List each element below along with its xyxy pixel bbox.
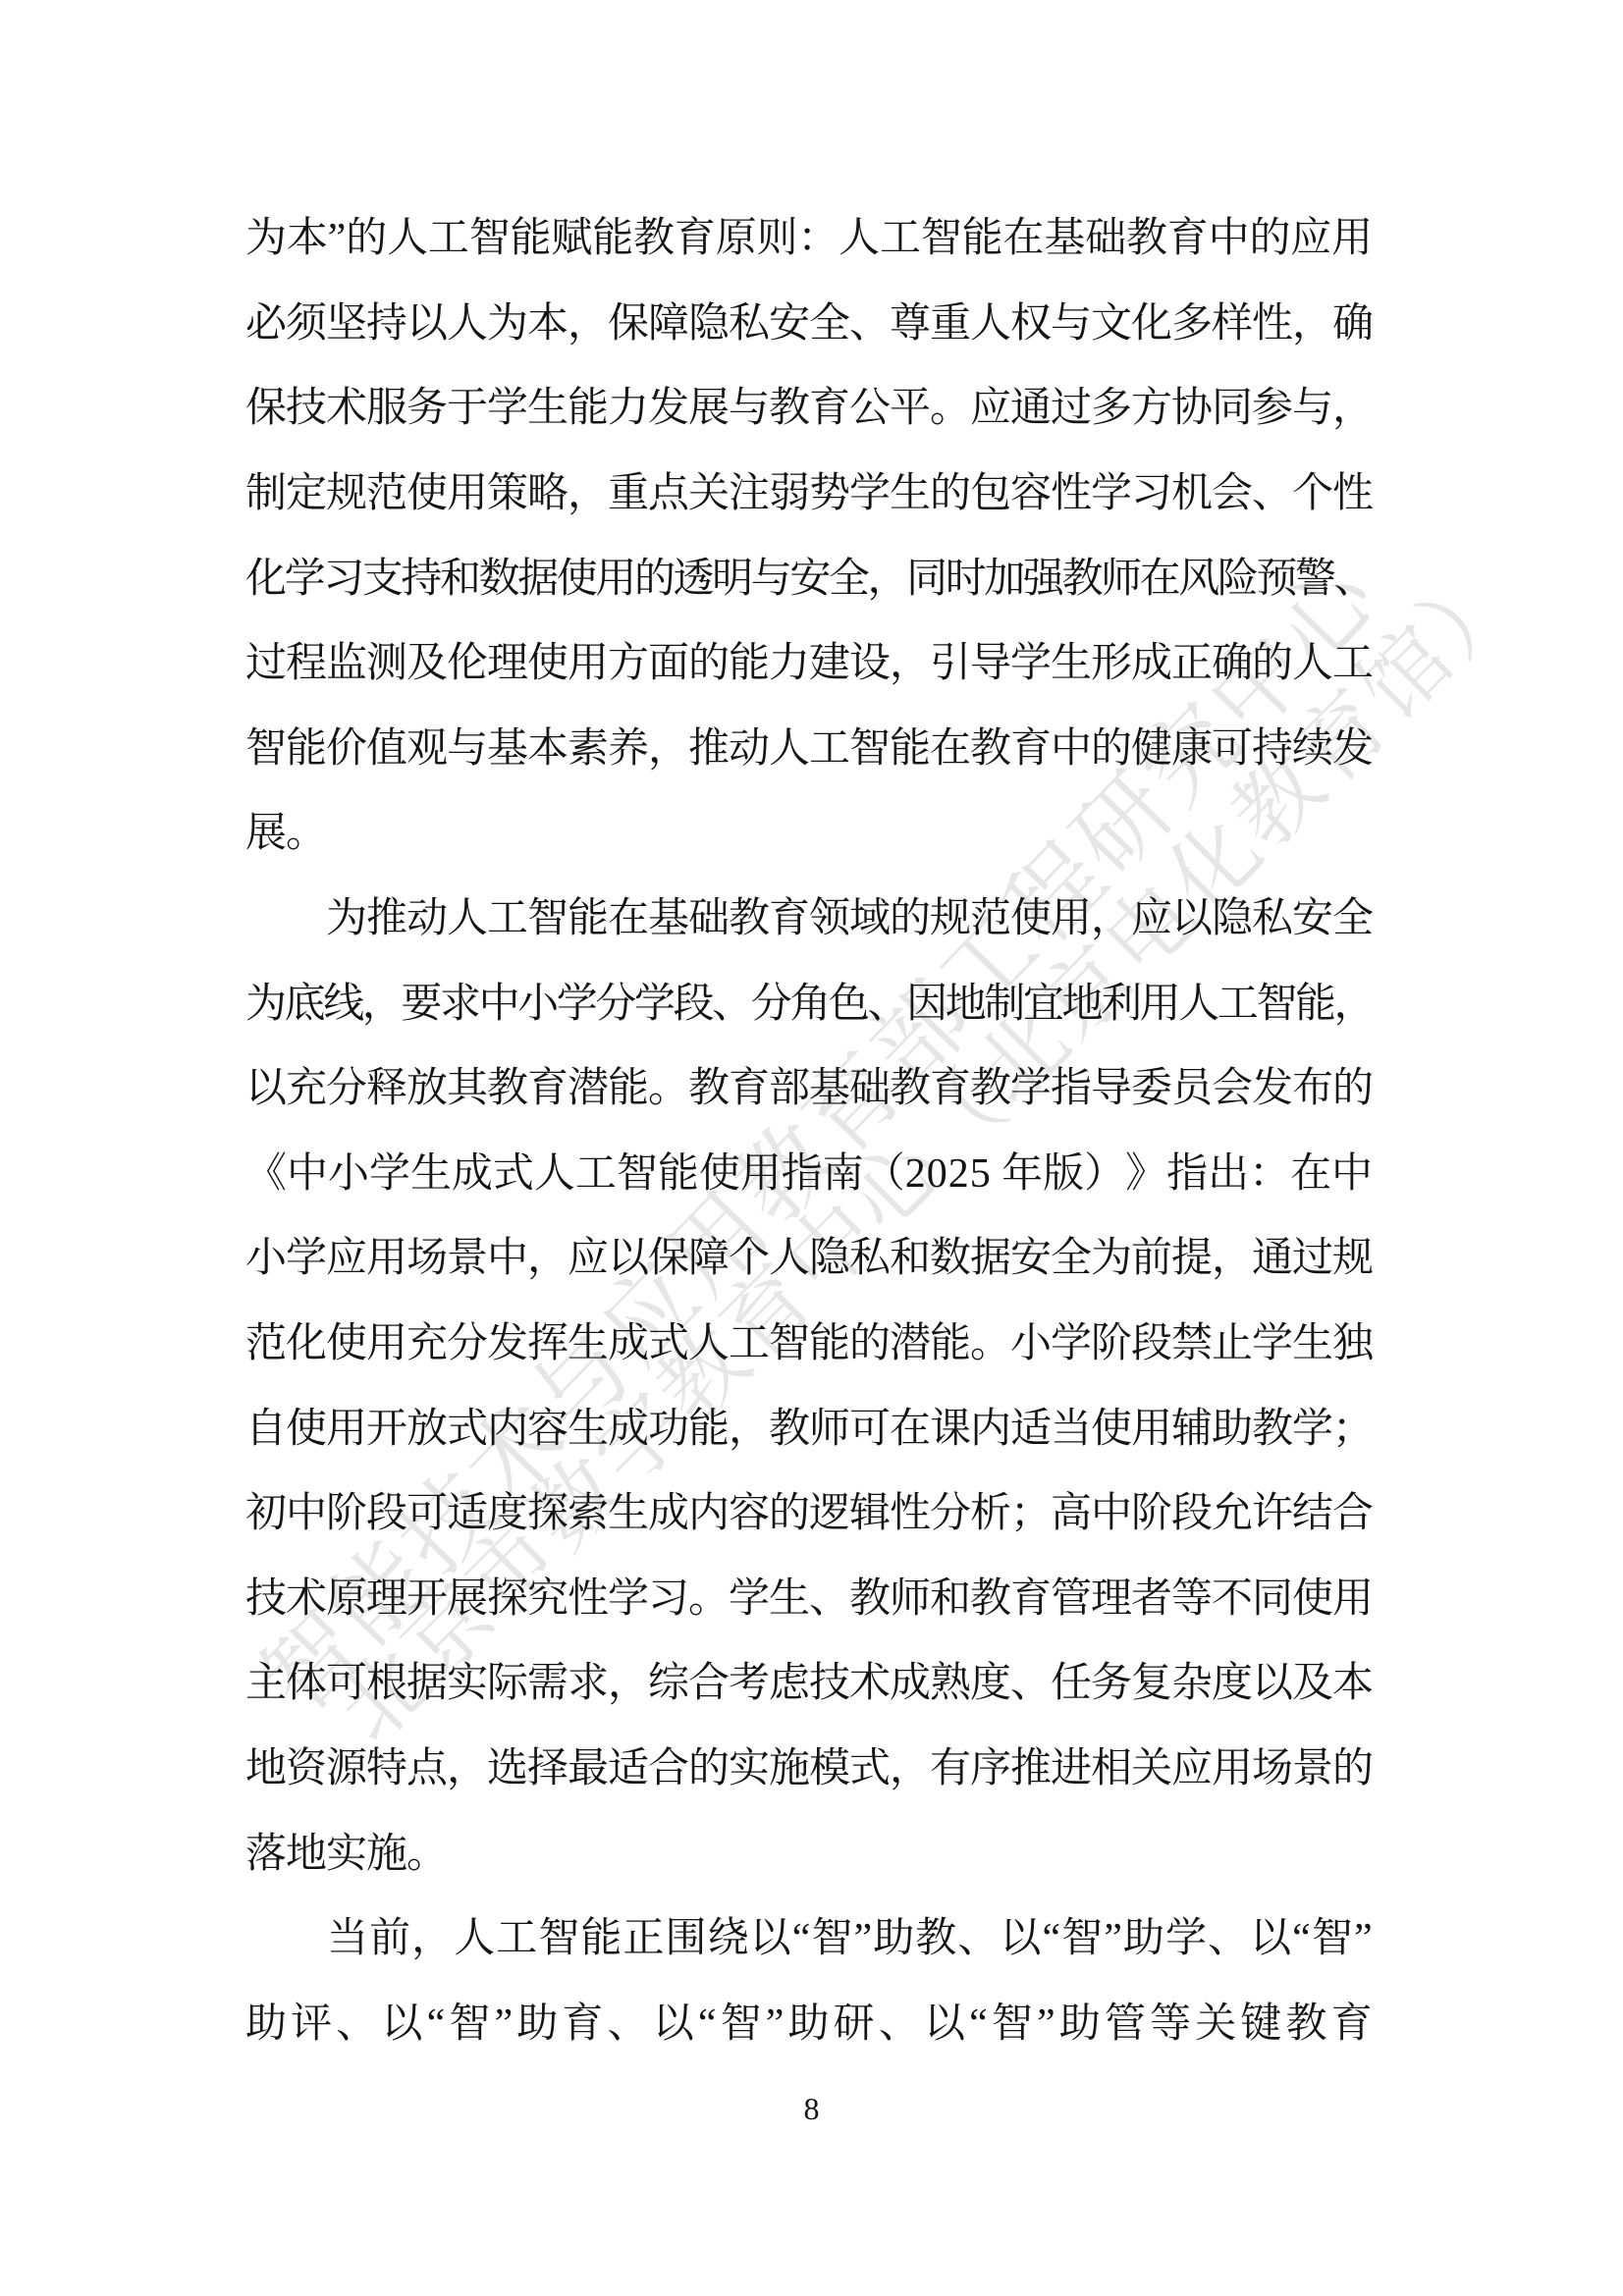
- glyph: 性: [1252, 303, 1292, 345]
- glyph: 成: [890, 1663, 930, 1704]
- glyph: 度: [487, 1493, 527, 1534]
- glyph: 助: [516, 2003, 558, 2045]
- glyph: 障: [688, 1238, 729, 1279]
- glyph: 需: [527, 1663, 568, 1704]
- glyph: 式: [493, 1153, 534, 1195]
- glyph: 成: [608, 1409, 648, 1450]
- glyph: 育: [1010, 728, 1051, 770]
- glyph: 时: [946, 559, 985, 600]
- glyph: 导: [970, 643, 1010, 684]
- glyph: ，: [890, 643, 930, 684]
- glyph: 生: [410, 1153, 452, 1195]
- glyph: 逻: [809, 1493, 849, 1534]
- glyph: 同: [1212, 388, 1252, 429]
- glyph: 务: [406, 388, 447, 429]
- glyph: 用: [1051, 898, 1091, 939]
- glyph: 测: [366, 643, 406, 684]
- glyph: 方: [1131, 388, 1171, 429]
- glyph: 度: [1212, 1663, 1252, 1704]
- glyph: 。: [648, 1068, 688, 1109]
- text-line: 地资源特点，选择最适合的实施模式，有序推进相关应用场景的: [245, 1727, 1373, 1812]
- text-line: 为本”的人工智能赋能教育原则：人工智能在基础教育中的应用: [245, 196, 1373, 282]
- glyph: 育: [1010, 1578, 1051, 1620]
- glyph: 。: [688, 1578, 729, 1620]
- glyph: 素: [568, 728, 608, 770]
- glyph: 中: [287, 1153, 328, 1195]
- glyph: 挥: [527, 1323, 568, 1364]
- glyph: 教: [1061, 559, 1101, 600]
- glyph: 等: [1150, 2003, 1191, 2045]
- glyph: 助: [788, 2003, 830, 2045]
- glyph: 过: [245, 643, 286, 684]
- glyph: 学: [1165, 1918, 1207, 1959]
- glyph: 与: [1292, 388, 1332, 429]
- glyph: 际: [487, 1663, 527, 1704]
- glyph: 用: [1212, 1748, 1252, 1789]
- glyph: 容: [527, 1409, 568, 1450]
- glyph: 智: [469, 218, 511, 259]
- glyph: 正: [1171, 643, 1212, 684]
- glyph: 能: [729, 643, 769, 684]
- glyph: 形: [1091, 643, 1131, 684]
- glyph: 用: [1131, 1409, 1171, 1450]
- glyph: 式: [447, 1409, 487, 1450]
- glyph: 在: [1140, 559, 1179, 600]
- glyph: 的: [930, 473, 970, 514]
- glyph: 求: [568, 1663, 608, 1704]
- glyph: 智: [527, 898, 568, 939]
- glyph: 伦: [447, 643, 487, 684]
- glyph: 的: [688, 643, 729, 684]
- glyph: 定: [286, 473, 326, 514]
- glyph: 教: [769, 1409, 809, 1450]
- glyph: 助: [245, 2003, 287, 2045]
- glyph: 以: [653, 2003, 694, 2045]
- glyph: 注: [729, 473, 769, 514]
- glyph: 理: [487, 643, 527, 684]
- glyph: 以: [406, 303, 447, 345]
- glyph: 使: [1292, 1578, 1332, 1620]
- glyph: 教: [970, 1068, 1010, 1109]
- glyph: 教: [1126, 218, 1167, 259]
- glyph: 技: [245, 1578, 286, 1620]
- glyph: 明: [712, 559, 751, 600]
- glyph: 习: [323, 559, 362, 600]
- glyph: 安: [769, 303, 809, 345]
- glyph: 学: [1051, 1323, 1091, 1364]
- glyph: 小: [1010, 1323, 1051, 1364]
- glyph: 度: [970, 1663, 1010, 1704]
- glyph: “: [792, 1918, 811, 1959]
- glyph: 智: [1312, 1918, 1353, 1959]
- glyph: 发: [487, 1323, 527, 1364]
- glyph: 辅: [1171, 1409, 1212, 1450]
- glyph: 及: [1292, 1663, 1332, 1704]
- glyph: 智: [538, 1918, 579, 1959]
- glyph: [992, 1153, 1001, 1195]
- glyph: 的: [1249, 218, 1290, 259]
- glyph: 学: [608, 1578, 648, 1620]
- glyph: 提: [1171, 1238, 1212, 1279]
- glyph: ，: [527, 1238, 568, 1279]
- glyph: 自: [245, 1409, 286, 1450]
- glyph: 生: [608, 1493, 648, 1534]
- glyph: 的: [1252, 643, 1292, 684]
- text-line: 主体可根据实际需求，综合考虑技术成熟度、任务复杂度以及本: [245, 1641, 1373, 1727]
- glyph: 制: [245, 473, 286, 514]
- glyph: 综: [648, 1663, 688, 1704]
- glyph: 可: [1212, 728, 1252, 770]
- glyph: 段: [1131, 1323, 1171, 1364]
- glyph: 容: [1010, 473, 1051, 514]
- glyph: 教: [729, 898, 769, 939]
- glyph: 合: [1332, 1493, 1373, 1534]
- glyph: （: [864, 1153, 905, 1195]
- glyph: 个: [729, 1238, 769, 1279]
- glyph: 初: [245, 1493, 286, 1534]
- text-line: 《中小学生成式人工智能使用指南（2025 年版）》指出：在中: [245, 1132, 1373, 1217]
- glyph: ，: [648, 728, 688, 770]
- glyph: 阶: [1091, 1323, 1131, 1364]
- glyph: 助: [1123, 1918, 1164, 1959]
- glyph: “: [1042, 1918, 1060, 1959]
- glyph: 设: [849, 643, 890, 684]
- glyph: 育: [930, 1068, 970, 1109]
- glyph: 智: [617, 1153, 658, 1195]
- glyph: 教: [970, 1578, 1010, 1620]
- glyph: 的: [1332, 1748, 1373, 1789]
- glyph: 力: [769, 643, 809, 684]
- glyph: 础: [849, 1068, 890, 1109]
- glyph: 究: [527, 1578, 568, 1620]
- glyph: 年: [1001, 1153, 1043, 1195]
- glyph: 用: [740, 1153, 782, 1195]
- glyph: 建: [809, 643, 849, 684]
- glyph: 教: [890, 1068, 930, 1109]
- glyph: 动: [729, 728, 769, 770]
- glyph: 障: [648, 303, 688, 345]
- glyph: 合: [688, 1663, 729, 1704]
- glyph: 中: [1331, 1153, 1373, 1195]
- glyph: 能: [1295, 984, 1334, 1025]
- glyph: 。: [406, 1834, 447, 1875]
- glyph: 使: [1010, 898, 1051, 939]
- glyph: 能: [658, 1153, 699, 1195]
- text-line: 必须坚持以人为本，保障隐私安全、尊重人权与文化多样性，确: [245, 282, 1373, 367]
- glyph: 选: [487, 1748, 527, 1789]
- glyph: 基: [487, 728, 527, 770]
- glyph: 管: [1051, 1578, 1091, 1620]
- glyph: 》: [1125, 1153, 1166, 1195]
- glyph: 前: [1131, 1238, 1171, 1279]
- glyph: 师: [890, 1578, 930, 1620]
- glyph: 范: [366, 473, 406, 514]
- glyph: 和: [930, 1578, 970, 1620]
- glyph: 文: [1091, 303, 1131, 345]
- glyph: 相: [1091, 1748, 1131, 1789]
- glyph: 育: [769, 898, 809, 939]
- glyph: 景: [447, 1238, 487, 1279]
- glyph: 基: [648, 898, 688, 939]
- glyph: 潜: [568, 1068, 608, 1109]
- glyph: 教: [1252, 1409, 1292, 1450]
- glyph: 过: [1292, 1238, 1332, 1279]
- glyph: 多: [1091, 388, 1131, 429]
- glyph: 工: [1217, 984, 1257, 1025]
- glyph: 用: [595, 559, 634, 600]
- glyph: 会: [1212, 1068, 1252, 1109]
- glyph: 中: [1209, 218, 1250, 259]
- glyph: 育: [562, 2003, 603, 2045]
- glyph: 隐: [809, 1238, 849, 1279]
- glyph: 推: [366, 898, 406, 939]
- glyph: 指: [1051, 1068, 1091, 1109]
- glyph: 教: [915, 1918, 956, 1959]
- glyph: 础: [1085, 218, 1126, 259]
- glyph: ”: [854, 1918, 873, 1959]
- glyph: 要: [401, 984, 440, 1025]
- glyph: 数: [930, 1238, 970, 1279]
- text-line: 助评、以“智”助育、以“智”助研、以“智”助管等关键教育: [245, 1981, 1373, 2066]
- glyph: 正: [622, 1918, 664, 1959]
- glyph: 观: [406, 728, 447, 770]
- glyph: 关: [1195, 2003, 1236, 2045]
- glyph: 应: [1171, 1748, 1212, 1789]
- glyph: ，: [568, 303, 608, 345]
- glyph: 的: [1091, 728, 1131, 770]
- glyph: 须: [286, 303, 326, 345]
- glyph: 智: [769, 1323, 809, 1364]
- glyph: 学: [557, 984, 596, 1025]
- glyph: 和: [440, 559, 479, 600]
- glyph: 以: [750, 1918, 791, 1959]
- glyph: 续: [1292, 728, 1332, 770]
- glyph: 支: [362, 559, 402, 600]
- glyph: 围: [666, 1918, 707, 1959]
- glyph: 以: [924, 2003, 965, 2045]
- glyph: 健: [1131, 728, 1171, 770]
- glyph: 场: [406, 1238, 447, 1279]
- glyph: 持: [401, 559, 440, 600]
- glyph: ，: [411, 1918, 453, 1959]
- glyph: 内: [487, 1409, 527, 1450]
- glyph: 为: [326, 898, 366, 939]
- glyph: 开: [406, 1578, 447, 1620]
- glyph: 点: [406, 1748, 447, 1789]
- glyph: 能: [511, 218, 552, 259]
- glyph: 以: [1252, 1663, 1292, 1704]
- glyph: 、: [1010, 1663, 1051, 1704]
- text-line: 保技术服务于学生能力发展与教育公平。应通过多方协同参与，: [245, 366, 1373, 452]
- glyph: 师: [1101, 559, 1140, 600]
- glyph: ，: [1292, 303, 1332, 345]
- glyph: 放: [406, 1068, 447, 1109]
- glyph: 用: [1332, 1578, 1373, 1620]
- glyph: 透: [674, 559, 713, 600]
- glyph: 智: [721, 2003, 762, 2045]
- glyph: ，: [1334, 984, 1374, 1025]
- glyph: 为: [487, 303, 527, 345]
- glyph: 人: [1292, 643, 1332, 684]
- glyph: 、: [1334, 559, 1374, 600]
- glyph: 、: [849, 303, 890, 345]
- glyph: 教: [769, 388, 809, 429]
- glyph: 智: [992, 2003, 1033, 2045]
- glyph: 中: [479, 984, 518, 1025]
- glyph: 以: [1171, 898, 1212, 939]
- glyph: 探: [527, 1493, 568, 1534]
- glyph: 持: [366, 303, 406, 345]
- glyph: 发: [648, 388, 688, 429]
- glyph: 引: [930, 643, 970, 684]
- glyph: 险: [1217, 559, 1257, 600]
- glyph: 合: [648, 1748, 688, 1789]
- glyph: 规: [1332, 1238, 1373, 1279]
- glyph: 前: [369, 1918, 410, 1959]
- glyph: 生: [890, 473, 930, 514]
- glyph: 本: [527, 303, 568, 345]
- glyph: 员: [1171, 1068, 1212, 1109]
- glyph: 的: [634, 559, 674, 600]
- glyph: 持: [1252, 728, 1292, 770]
- glyph: 充: [406, 1323, 447, 1364]
- glyph: 重: [608, 473, 648, 514]
- glyph: 工: [487, 898, 527, 939]
- glyph: 。: [930, 388, 970, 429]
- glyph: 的: [890, 898, 930, 939]
- glyph: 辑: [849, 1493, 890, 1534]
- glyph: 智: [921, 218, 962, 259]
- glyph: 通: [1252, 1238, 1292, 1279]
- glyph: 及: [406, 643, 447, 684]
- glyph: 可: [849, 1409, 890, 1450]
- glyph: 参: [1252, 388, 1292, 429]
- glyph: 多: [1171, 303, 1212, 345]
- glyph: 应: [568, 1238, 608, 1279]
- text-line: 落地实施。: [245, 1811, 1373, 1896]
- text-line: 展。: [245, 791, 1373, 877]
- glyph: 康: [1171, 728, 1212, 770]
- glyph: 以: [1250, 1918, 1291, 1959]
- glyph: 私: [729, 303, 769, 345]
- glyph: ，: [1091, 898, 1131, 939]
- glyph: 生: [527, 388, 568, 429]
- glyph: 工: [428, 218, 469, 259]
- glyph: 保: [245, 388, 286, 429]
- glyph: 展: [688, 388, 729, 429]
- glyph: 中: [1051, 728, 1091, 770]
- glyph: 源: [326, 1748, 366, 1789]
- glyph: 应: [326, 1238, 366, 1279]
- glyph: 本: [287, 218, 328, 259]
- glyph: 角: [789, 984, 829, 1025]
- glyph: ，: [890, 1748, 930, 1789]
- glyph: 落: [245, 1834, 286, 1875]
- glyph: 术: [849, 1663, 890, 1704]
- glyph: 规: [930, 898, 970, 939]
- glyph: 者: [1131, 1578, 1171, 1620]
- glyph: 2025: [905, 1153, 992, 1195]
- glyph: 、: [608, 2003, 649, 2045]
- glyph: 当: [1051, 1409, 1091, 1450]
- glyph: 使: [1091, 1409, 1131, 1450]
- glyph: 安: [1292, 898, 1332, 939]
- glyph: 有: [930, 1748, 970, 1789]
- glyph: 人: [1178, 984, 1217, 1025]
- glyph: 关: [688, 473, 729, 514]
- glyph: 场: [1252, 1748, 1292, 1789]
- glyph: 制: [984, 984, 1023, 1025]
- glyph: 学: [286, 1238, 326, 1279]
- glyph: 强: [1023, 559, 1062, 600]
- glyph: 成: [648, 1493, 688, 1534]
- glyph: 考: [729, 1663, 769, 1704]
- glyph: 许: [1252, 1493, 1292, 1534]
- glyph: 使: [406, 473, 447, 514]
- glyph: 程: [286, 643, 326, 684]
- glyph: 版: [1043, 1153, 1084, 1195]
- glyph: ，: [447, 1748, 487, 1789]
- document-page: 智能技术与应用教育部工程研究中心 北京市数字教育中心（北京电化教育馆） 为本”的…: [0, 0, 1623, 2296]
- glyph: 过: [1051, 388, 1091, 429]
- glyph: 用: [1331, 218, 1373, 259]
- text-line: 小学应用场景中，应以保障个人隐私和数据安全为前提，通过规: [245, 1216, 1373, 1302]
- glyph: 平: [890, 388, 930, 429]
- glyph: 性: [568, 1578, 608, 1620]
- glyph: 允: [1212, 1493, 1252, 1534]
- glyph: 用: [447, 473, 487, 514]
- glyph: 人: [769, 728, 809, 770]
- page-number: 8: [0, 2091, 1623, 2127]
- glyph: 能: [809, 1323, 849, 1364]
- glyph: 分: [326, 1068, 366, 1109]
- text-line: 智能价值观与基本素养，推动人工智能在教育中的健康可持续发: [245, 707, 1373, 792]
- glyph: 内: [970, 1409, 1010, 1450]
- glyph: “: [698, 2003, 717, 2045]
- glyph: 性: [890, 1493, 930, 1534]
- text-block: 为本”的人工智能赋能教育原则：人工智能在基础教育中的应用必须坚持以人为本，保障隐…: [245, 196, 1373, 2066]
- glyph: 安: [789, 559, 829, 600]
- glyph: 、: [1208, 1918, 1249, 1959]
- glyph: 止: [1212, 1323, 1252, 1364]
- glyph: 面: [648, 643, 688, 684]
- glyph: ；: [1010, 1493, 1051, 1534]
- glyph: 与: [447, 728, 487, 770]
- glyph: 性: [1332, 473, 1373, 514]
- glyph: 中: [1091, 1493, 1131, 1534]
- glyph: 使: [527, 643, 568, 684]
- glyph: 能: [688, 1409, 729, 1450]
- glyph: 求: [440, 984, 479, 1025]
- glyph: 智: [245, 728, 286, 770]
- glyph: 段: [674, 984, 713, 1025]
- glyph: 权: [1010, 303, 1051, 345]
- glyph: “: [427, 2003, 446, 2045]
- glyph: 全: [809, 303, 849, 345]
- glyph: 警: [1295, 559, 1334, 600]
- glyph: 用: [1140, 984, 1179, 1025]
- glyph: 育: [527, 1068, 568, 1109]
- glyph: 绕: [708, 1918, 749, 1959]
- glyph: 、: [868, 984, 907, 1025]
- glyph: 、: [712, 984, 751, 1025]
- glyph: 育: [1167, 218, 1209, 259]
- glyph: 使: [326, 1323, 366, 1364]
- glyph: ：: [797, 218, 839, 259]
- glyph: 策: [487, 473, 527, 514]
- glyph: 安: [1010, 1238, 1051, 1279]
- glyph: 保: [648, 1238, 688, 1279]
